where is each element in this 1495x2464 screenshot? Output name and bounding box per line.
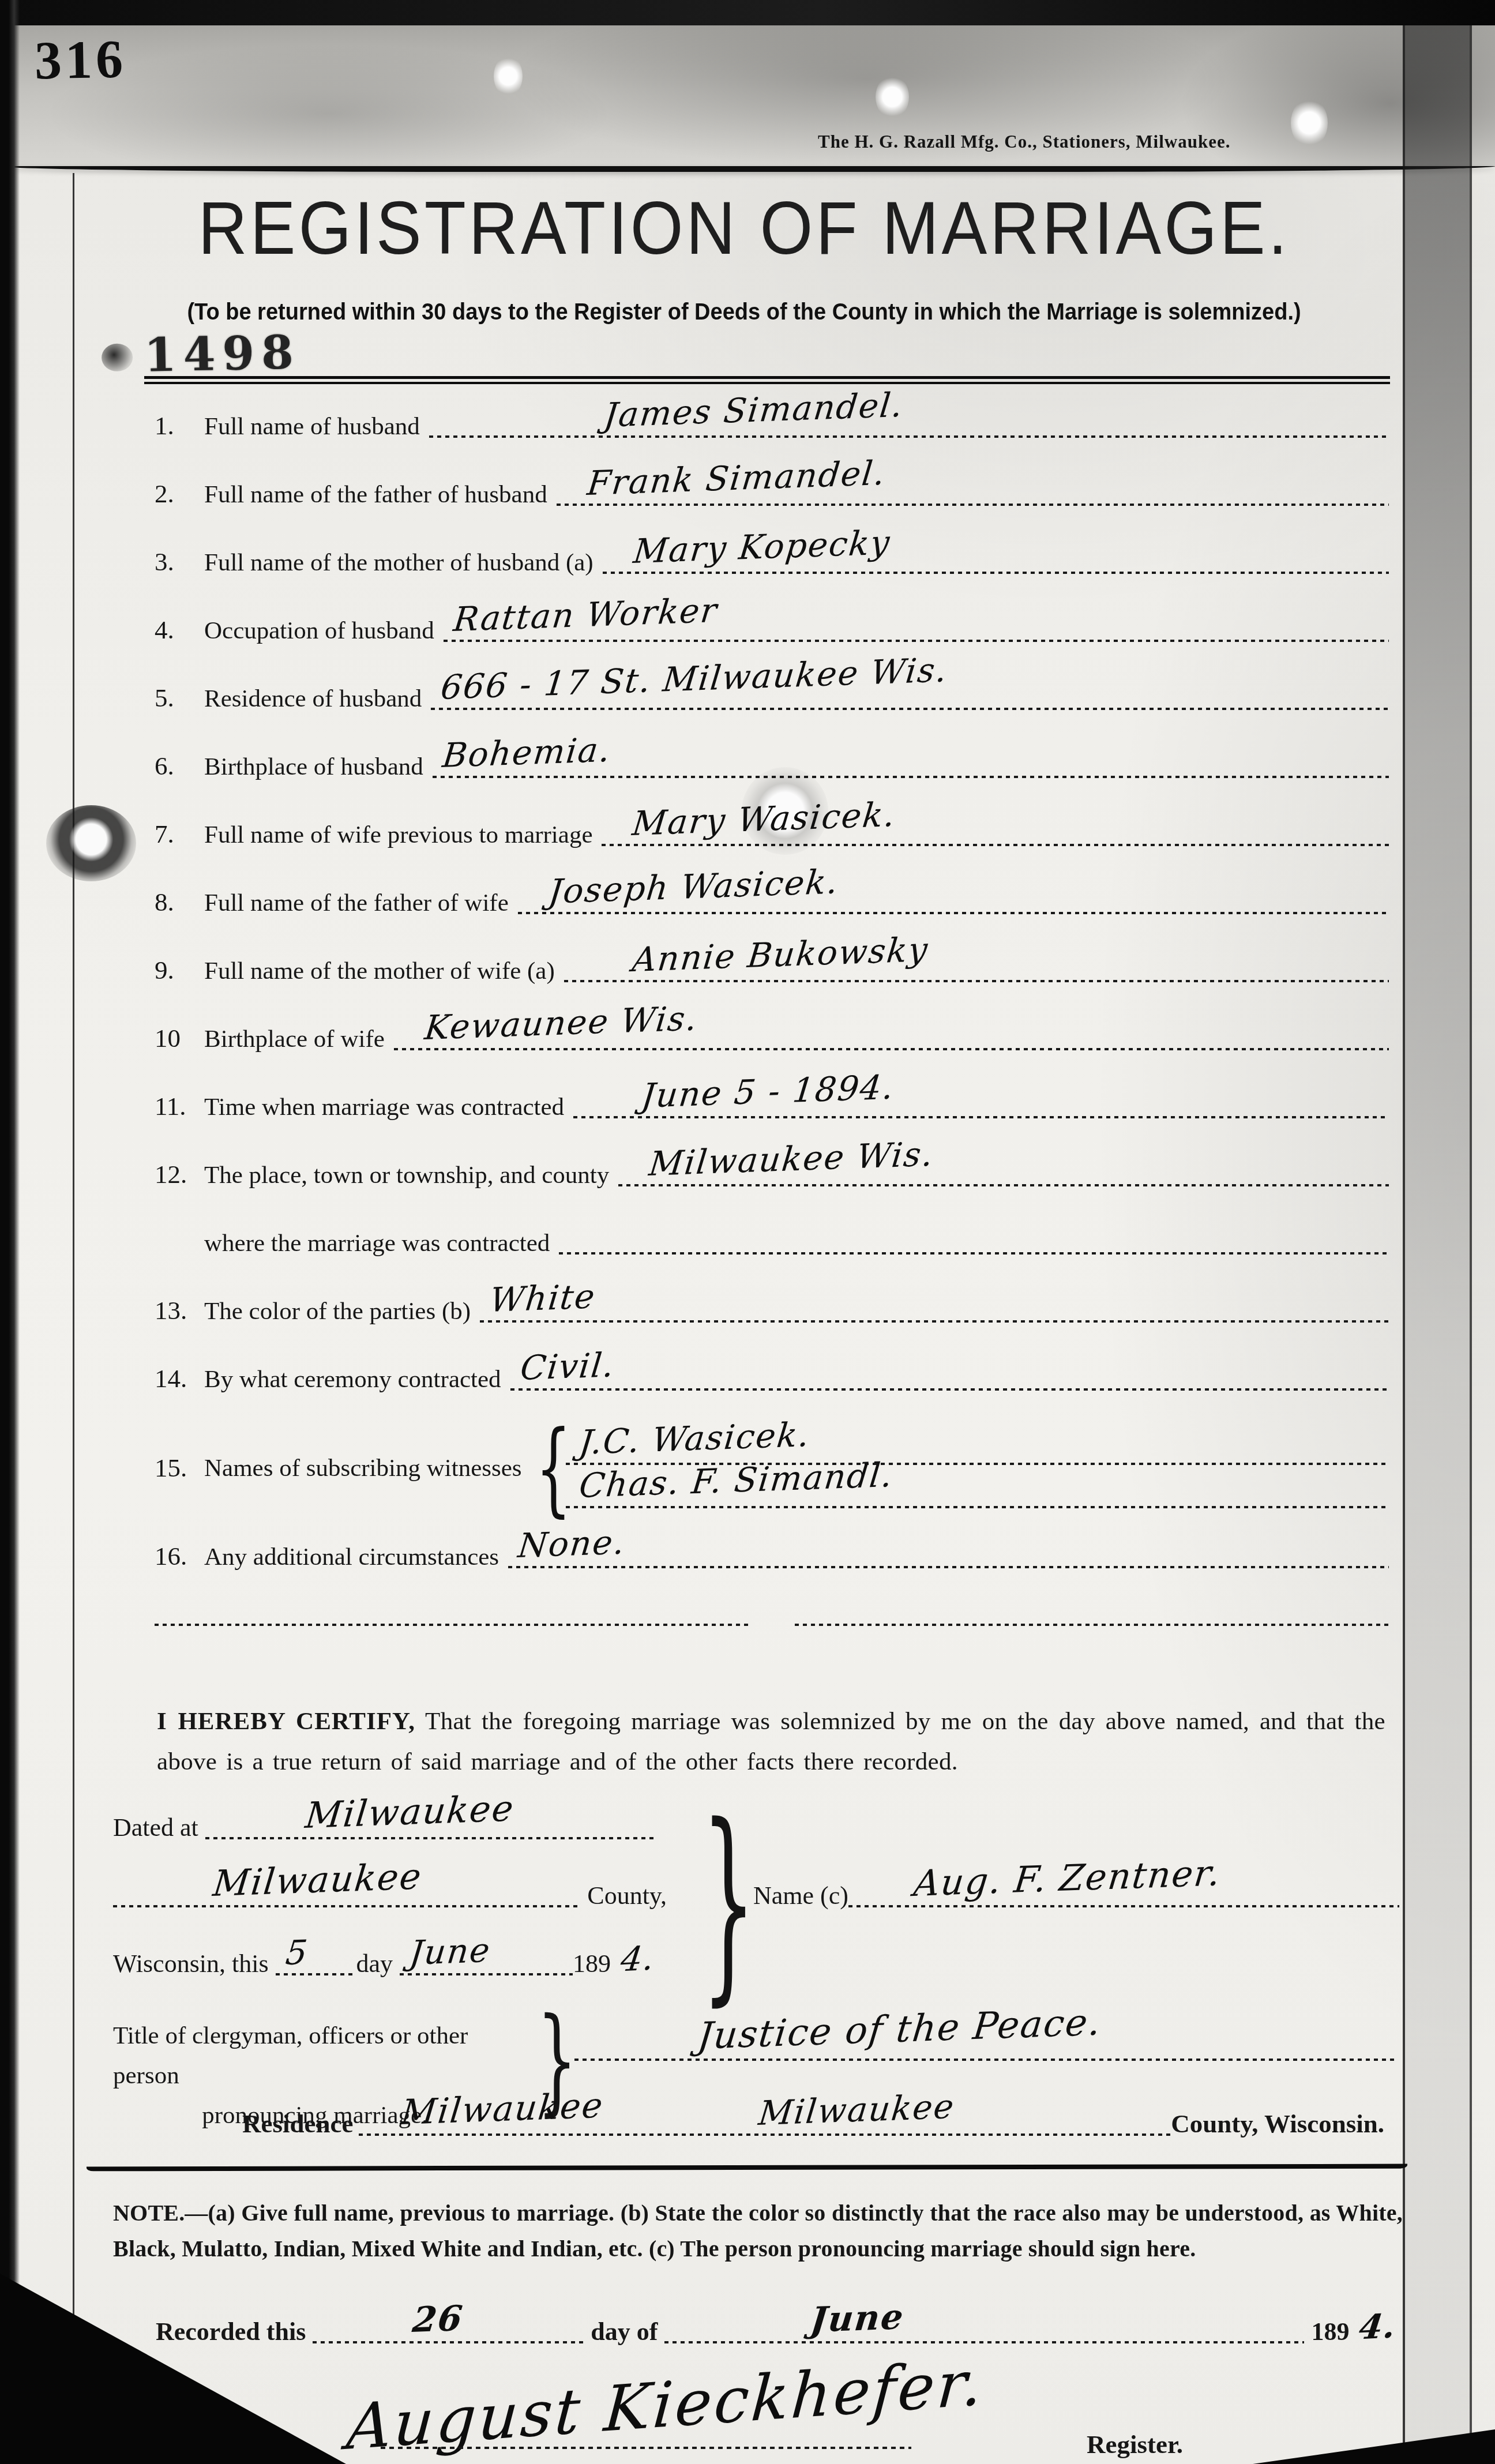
item-number: 6. xyxy=(155,751,204,781)
item-label: Full name of wife previous to marriage xyxy=(204,821,602,849)
stationer-credit: The H. G. Razall Mfg. Co., Stationers, M… xyxy=(818,132,1230,152)
item-number: 9. xyxy=(155,955,204,985)
dotted-line: Civil. xyxy=(510,1362,1389,1393)
recorded-line: Recorded this 26 day of June 189 4. xyxy=(156,2306,1396,2346)
dotted-line: 5 xyxy=(276,1947,356,1978)
form-row-13: 13. The color of the parties (b) White xyxy=(155,1289,1389,1325)
dated-at-line: Dated at Milwaukee xyxy=(113,1804,655,1842)
dotted-line: Aug. F. Zentner. xyxy=(848,1879,1399,1910)
scanned-marriage-certificate: 316 The H. G. Razall Mfg. Co., Stationer… xyxy=(0,0,1495,2464)
witness-entries: J.C. Wasicek. Chas. F. Simandl. xyxy=(566,1425,1389,1511)
residence-line: Residence Milwaukee Milwaukee County, Wi… xyxy=(242,2098,1390,2139)
handwritten-entry: Civil. xyxy=(519,1345,617,1388)
dotted-line: J.C. Wasicek. xyxy=(566,1425,1389,1468)
dotted-line xyxy=(559,1226,1389,1257)
double-rule xyxy=(144,376,1390,384)
item-label: where the marriage was contracted xyxy=(204,1229,559,1257)
item-label: Birthplace of wife xyxy=(204,1025,394,1053)
dotted-line xyxy=(795,1598,1389,1629)
item-label: Full name of the mother of wife (a) xyxy=(204,957,564,985)
item-label: Names of subscribing witnesses xyxy=(204,1454,531,1482)
item-label: Residence of husband xyxy=(204,685,431,713)
handwritten-entry: 666 - 17 St. Milwaukee Wis. xyxy=(439,650,950,707)
state-date-line: Wisconsin, this 5 day June 189 4. xyxy=(113,1940,696,1978)
handwritten-entry: June 5 - 1894. xyxy=(640,1067,896,1115)
item-label: By what ceremony contracted xyxy=(204,1365,510,1393)
officiant-name-line: Name (c) Aug. F. Zentner. xyxy=(753,1872,1399,1910)
dotted-line: Rattan Worker xyxy=(444,614,1389,645)
brace-icon: } xyxy=(701,1775,756,2029)
item-number: 5. xyxy=(155,683,204,713)
state-prefix: Wisconsin, this xyxy=(113,1949,276,1978)
footnote: NOTE.—(a) Give full name, previous to ma… xyxy=(113,2195,1403,2267)
form-row-1: 1. Full name of husband James Simandel. xyxy=(155,404,1389,441)
handwritten-day: 5 xyxy=(284,1932,310,1973)
county-label: County, xyxy=(579,1881,667,1910)
form-row-15: 15. Names of subscribing witnesses { J.C… xyxy=(155,1425,1389,1511)
item-label: Full name of the father of wife xyxy=(204,889,518,917)
clergy-label-line1: Title of clergyman, officers or other pe… xyxy=(113,2016,517,2096)
signature-dotted-line xyxy=(381,2447,911,2449)
form-row-6: 6. Birthplace of husband Bohemia. xyxy=(155,744,1389,781)
item-label: Occupation of husband xyxy=(204,617,444,645)
form-row-12: 12. The place, town or township, and cou… xyxy=(155,1152,1389,1189)
item-label: Time when marriage was contracted xyxy=(204,1093,573,1121)
day-label: day xyxy=(356,1949,400,1978)
handwritten-year-digit: 4. xyxy=(1357,2306,1398,2347)
document-title: REGISTRATION OF MARRIAGE. xyxy=(87,185,1402,272)
handwritten-year-digit: 4. xyxy=(619,1939,657,1980)
register-label: Register. xyxy=(1087,2429,1183,2459)
form-row-11: 11. Time when marriage was contracted Ju… xyxy=(155,1084,1389,1121)
dotted-line: Annie Bukowsky xyxy=(564,954,1389,985)
form-right-rule xyxy=(1403,25,1405,2464)
handwritten-officiant-name: Aug. F. Zentner. xyxy=(912,1851,1223,1905)
item-number: 2. xyxy=(155,479,204,509)
item-label: Full name of the father of husband xyxy=(204,480,557,509)
item-label: The color of the parties (b) xyxy=(204,1297,480,1325)
handwritten-entry: White xyxy=(488,1276,598,1320)
scan-light-spot xyxy=(494,55,523,97)
form-row-12-continued: where the marriage was contracted xyxy=(155,1220,1389,1257)
handwritten-city: Milwaukee xyxy=(303,1787,517,1836)
handwritten-entry: Joseph Wasicek. xyxy=(547,862,841,911)
scan-corner-wedge xyxy=(0,2274,346,2464)
form-row-14: 14. By what ceremony contracted Civil. xyxy=(155,1357,1389,1393)
item-number: 7. xyxy=(155,819,204,849)
dotted-line: 666 - 17 St. Milwaukee Wis. xyxy=(431,682,1389,713)
dotted-line: Mary Wasicek. xyxy=(602,818,1389,849)
scan-corner-wedge xyxy=(1253,2429,1495,2464)
return-instruction: (To be returned within 30 days to the Re… xyxy=(87,299,1402,325)
item-number: 12. xyxy=(155,1159,204,1189)
dotted-line: Justice of the Peace. xyxy=(574,2026,1397,2064)
item-number: 3. xyxy=(155,547,204,577)
dotted-line: Milwaukee xyxy=(205,1811,655,1842)
form-row-3: 3. Full name of the mother of husband (a… xyxy=(155,540,1389,577)
scan-light-spot xyxy=(876,75,909,119)
handwritten-entry: Frank Simandel. xyxy=(585,453,888,503)
dotted-line: Milwaukee xyxy=(113,1879,579,1910)
certify-lead: I HEREBY CERTIFY, xyxy=(157,1708,415,1735)
dotted-line: Chas. F. Simandl. xyxy=(566,1468,1389,1511)
handwritten-witness-1: J.C. Wasicek. xyxy=(577,1415,812,1462)
handwritten-month: June xyxy=(408,1930,493,1973)
residence-suffix: County, Wisconsin. xyxy=(1171,2109,1390,2139)
item-number: 14. xyxy=(155,1364,204,1393)
handwritten-entry: Bohemia. xyxy=(441,730,613,775)
dotted-line: White xyxy=(480,1294,1389,1325)
handwritten-entry: Mary Wasicek. xyxy=(630,795,898,843)
form-row-9: 9. Full name of the mother of wife (a) A… xyxy=(155,948,1389,985)
handwritten-entry: None. xyxy=(516,1522,628,1565)
handwritten-entry: Kewaunee Wis. xyxy=(423,998,700,1047)
dotted-line xyxy=(155,1598,749,1629)
form-row-4: 4. Occupation of husband Rattan Worker xyxy=(155,608,1389,645)
item-number: 8. xyxy=(155,887,204,917)
item-number: 10 xyxy=(155,1023,204,1053)
year-prefix: 189 xyxy=(1304,2317,1356,2346)
item-label: Full name of the mother of husband (a) xyxy=(204,549,603,577)
handwritten-residence-county: Milwaukee xyxy=(757,2087,957,2133)
dotted-line: James Simandel. xyxy=(429,410,1389,441)
dotted-line: Frank Simandel. xyxy=(557,478,1389,509)
dotted-line: Milwaukee Wis. xyxy=(618,1158,1389,1189)
handwritten-entry: Rattan Worker xyxy=(452,591,720,639)
blank-dotted-row xyxy=(155,1602,1389,1629)
handwritten-entry: Mary Kopecky xyxy=(632,523,892,571)
dotted-line: Mary Kopecky xyxy=(603,546,1389,577)
dotted-line: Bohemia. xyxy=(433,750,1389,781)
county-line: Milwaukee County, xyxy=(113,1872,667,1910)
dated-block: Dated at Milwaukee Milwaukee County, Wis… xyxy=(113,1804,1403,2012)
form-row-8: 8. Full name of the father of wife Josep… xyxy=(155,880,1389,917)
dotted-line: Joseph Wasicek. xyxy=(518,886,1389,917)
recorded-label: Recorded this xyxy=(156,2317,313,2346)
form-row-2: 2. Full name of the father of husband Fr… xyxy=(155,472,1389,509)
item-label: Any additional circumstances xyxy=(204,1543,508,1571)
brace-icon: { xyxy=(535,1417,561,1519)
handwritten-entry: Annie Bukowsky xyxy=(630,930,930,979)
item-label: Birthplace of husband xyxy=(204,753,433,781)
item-number: 1. xyxy=(155,411,204,441)
residence-label: Residence xyxy=(242,2109,359,2139)
certificate-number-stamp: 1498 xyxy=(144,325,301,382)
item-number: 16. xyxy=(155,1541,204,1571)
form-row-7: 7. Full name of wife previous to marriag… xyxy=(155,812,1389,849)
year-prefix: 189 xyxy=(573,1949,618,1978)
form-row-16: 16. Any additional circumstances None. xyxy=(155,1534,1389,1571)
page-right-rule xyxy=(1470,25,1472,2464)
item-number: 15. xyxy=(155,1453,204,1483)
section-divider xyxy=(87,2164,1407,2172)
form-body: 1. Full name of husband James Simandel. … xyxy=(73,404,1403,1629)
item-number: 11. xyxy=(155,1091,204,1121)
handwritten-clergy-title: Justice of the Peace. xyxy=(696,2001,1103,2058)
dotted-line: June 5 - 1894. xyxy=(573,1090,1389,1121)
dotted-line: 26 xyxy=(313,2315,584,2346)
item-number: 13. xyxy=(155,1295,204,1325)
handwritten-entry: Milwaukee Wis. xyxy=(647,1134,936,1184)
item-label: Full name of husband xyxy=(204,412,429,441)
handwritten-recorded-day: 26 xyxy=(411,2298,465,2341)
handwritten-recorded-month: June xyxy=(809,2297,906,2341)
page-fold-line xyxy=(0,166,1495,172)
handwritten-entry: James Simandel. xyxy=(602,385,906,435)
dotted-line: None. xyxy=(508,1540,1389,1571)
certification-paragraph: I HEREBY CERTIFY, That the foregoing mar… xyxy=(157,1701,1385,1782)
scan-left-edge xyxy=(0,0,20,2464)
scan-light-spot xyxy=(1291,98,1328,148)
day-of-label: day of xyxy=(584,2317,664,2346)
dated-at-label: Dated at xyxy=(113,1813,205,1842)
dotted-line: June xyxy=(664,2315,1304,2346)
handwritten-residence-city: Milwaukee xyxy=(399,2085,606,2133)
form-row-5: 5. Residence of husband 666 - 17 St. Mil… xyxy=(155,676,1389,713)
dotted-line: Milwaukee Milwaukee xyxy=(359,2108,1171,2139)
form-row-10: 10 Birthplace of wife Kewaunee Wis. xyxy=(155,1016,1389,1053)
item-label: The place, town or township, and county xyxy=(204,1161,618,1189)
binding-gutter-shadow xyxy=(1405,25,1470,2464)
name-label: Name (c) xyxy=(753,1881,848,1910)
dotted-line: Kewaunee Wis. xyxy=(394,1022,1389,1053)
dotted-line: June xyxy=(400,1947,573,1978)
handwritten-county: Milwaukee xyxy=(211,1855,425,1905)
page-number: 316 xyxy=(34,28,127,92)
item-number: 4. xyxy=(155,615,204,645)
